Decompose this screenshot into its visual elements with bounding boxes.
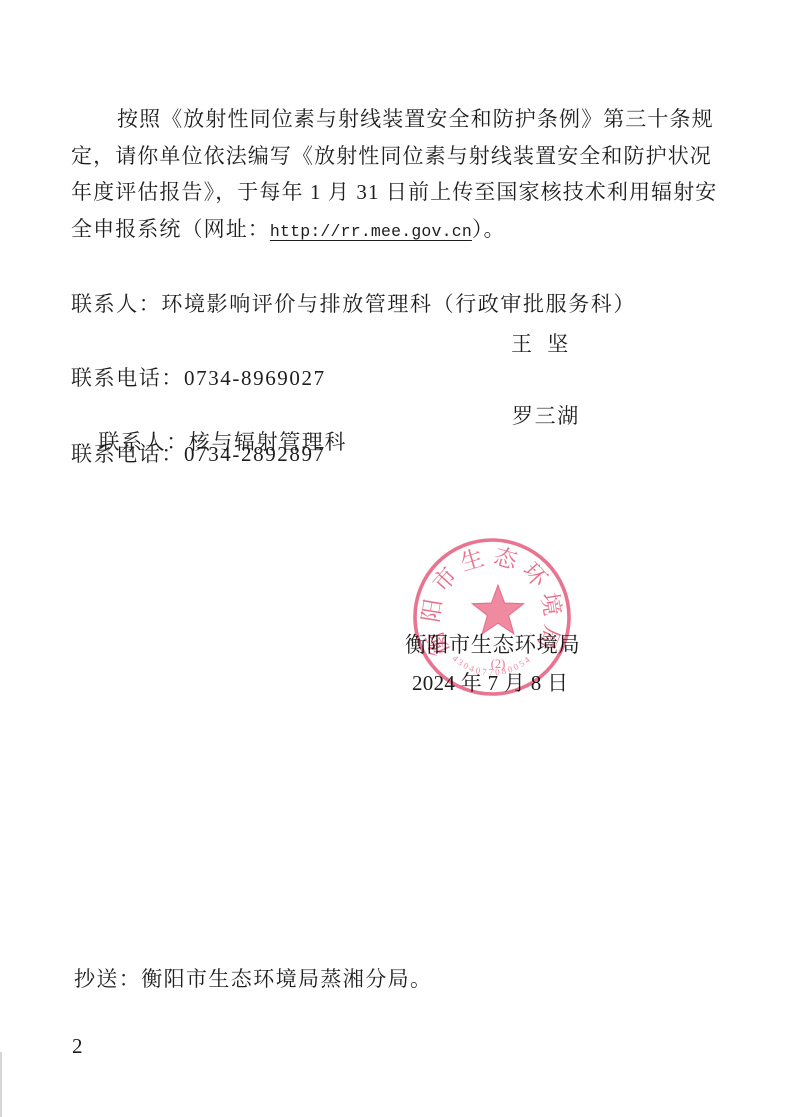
body-paragraph: 按照《放射性同位素与射线装置安全和防护条例》第三十条规 定，请你单位依法编写《放…: [71, 101, 719, 247]
paragraph-line-1: 按照《放射性同位素与射线装置安全和防护条例》第三十条规: [71, 101, 719, 138]
contact-person-1: 王 坚: [511, 331, 570, 357]
official-seal: 衡阳市生态环境局 (2) 4304077080054: [402, 527, 582, 707]
cc-line: 抄送：衡阳市生态环境局蒸湘分局。: [74, 963, 432, 993]
document-page: 按照《放射性同位素与射线装置安全和防护条例》第三十条规 定，请你单位依法编写《放…: [0, 0, 789, 1117]
contact-phone-1: 联系电话：0734-8969027: [71, 365, 326, 391]
contact-phone-2: 联系电话：0734-2892897: [71, 441, 326, 467]
scan-edge-artifact: [0, 1052, 2, 1117]
page-number: 2: [72, 1034, 83, 1059]
contact-line-1: 联系人：环境影响评价与排放管理科（行政审批服务科）: [71, 291, 636, 317]
paragraph-line-4-prefix: 全申报系统（网址：: [71, 217, 270, 241]
paragraph-line-4: 全申报系统（网址：http://rr.mee.gov.cn）。: [71, 211, 719, 248]
contact-person-2: 罗三湖: [512, 403, 580, 429]
report-system-url[interactable]: http://rr.mee.gov.cn: [270, 222, 472, 241]
paragraph-line-2: 定，请你单位依法编写《放射性同位素与射线装置安全和防护状况: [71, 138, 719, 175]
paragraph-line-4-suffix: ）。: [472, 217, 506, 241]
paragraph-line-3: 年度评估报告》，于每年 1 月 31 日前上传至国家核技术利用辐射安: [71, 174, 719, 211]
seal-star-icon: [472, 585, 523, 634]
